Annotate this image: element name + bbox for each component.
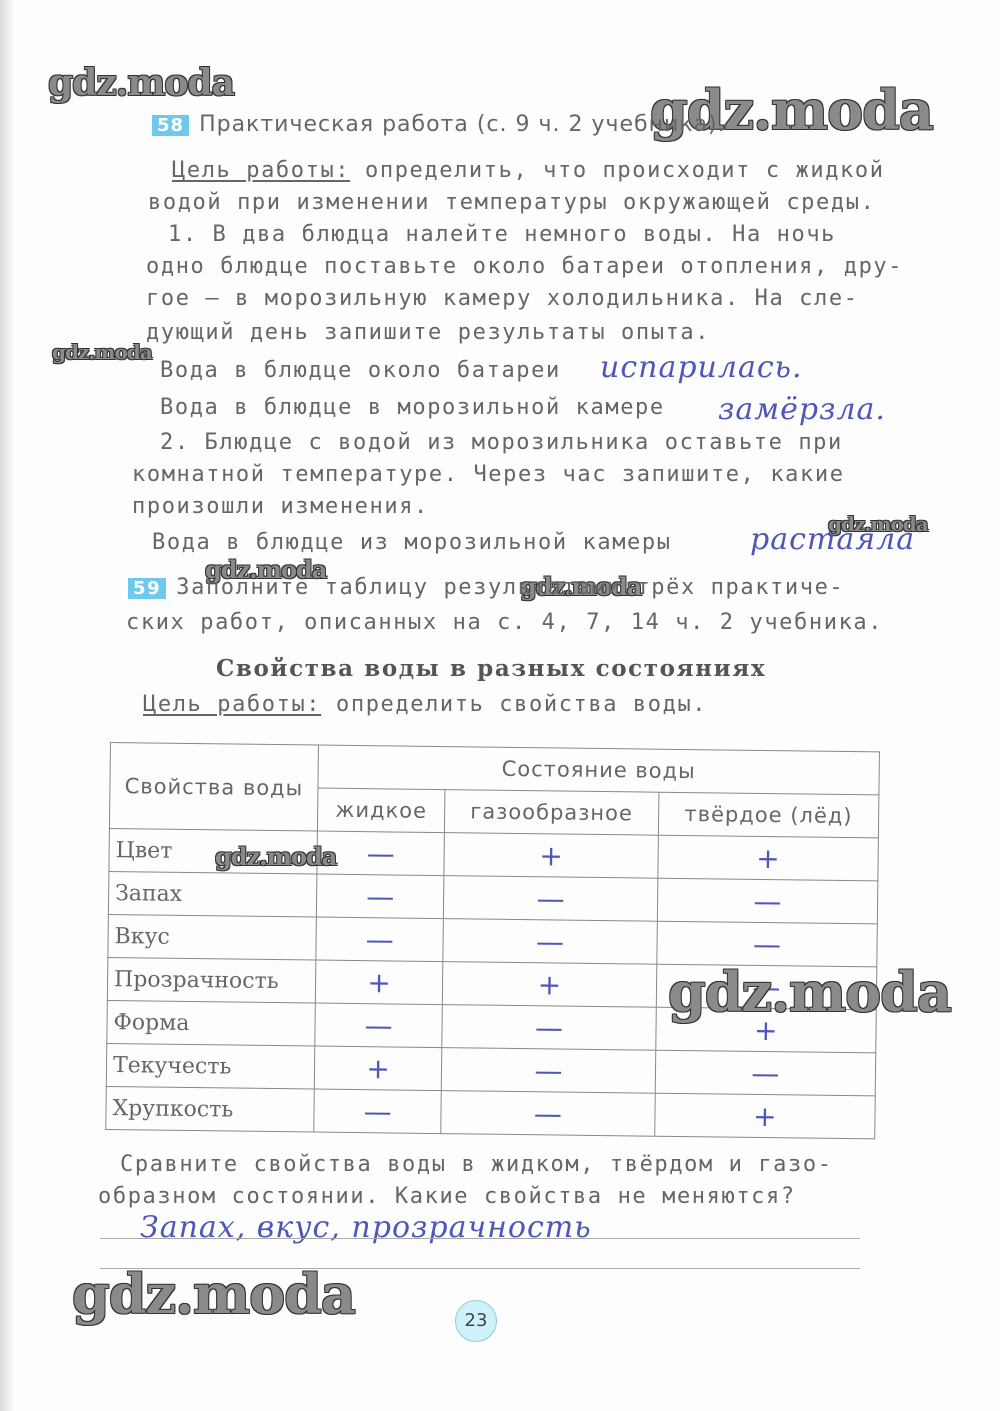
watermark: gdz.moda <box>215 842 336 871</box>
task-number-badge: 58 <box>152 115 189 136</box>
question-line: образном состоянии. Какие свойства не ме… <box>98 1184 796 1209</box>
page-edge <box>0 0 14 1411</box>
handwritten-answer: Запах, вкус, прозрачность <box>140 1210 592 1245</box>
handwritten-mark: — <box>316 874 444 919</box>
column-header: жидкое <box>317 788 445 833</box>
handwritten-mark: — <box>441 1048 655 1094</box>
handwritten-mark: + <box>658 835 879 881</box>
answer-line <box>100 1238 860 1239</box>
text-line: одно блюдце поставьте около батареи отоп… <box>146 254 903 279</box>
handwritten-mark: + <box>314 1046 442 1091</box>
question-3: Вода в блюдце из морозильной камеры <box>152 530 672 555</box>
task-58-goal: Цель работы: определить, что происходит … <box>172 158 885 183</box>
task-number-badge: 59 <box>128 578 166 599</box>
goal-label: Цель работы: <box>143 692 321 717</box>
watermark: gdz.moda <box>72 1262 355 1326</box>
watermark: gdz.moda <box>668 960 951 1024</box>
property-label: Хрупкость <box>106 1086 315 1132</box>
property-label: Текучесть <box>106 1043 315 1089</box>
page-number: 23 <box>455 1300 497 1342</box>
handwritten-mark: — <box>316 917 444 962</box>
text-line: 2. Блюдце с водой из морозильника оставь… <box>160 430 843 455</box>
task-58-title: Практическая работа (с. 9 ч. 2 учебника)… <box>199 112 726 137</box>
water-properties-table: Свойства воды Состояние воды жидкоегазоо… <box>105 742 880 1139</box>
handwritten-mark: + <box>315 960 443 1005</box>
table-title: Свойства воды в разных состояниях <box>216 655 766 682</box>
goal-text: определить, что происходит с жидкой <box>365 158 885 183</box>
property-label: Форма <box>107 1000 316 1046</box>
task-59-line-1: Заполните таблицу результатами трёх прак… <box>176 575 844 600</box>
text-line: водой при изменении температуры окружающ… <box>148 190 875 215</box>
handwritten-mark: — <box>443 919 657 965</box>
property-label: Запах <box>108 871 317 917</box>
goal-text: определить свойства воды. <box>336 692 707 717</box>
question-1: Вода в блюдце около батареи <box>160 358 561 383</box>
handwritten-mark: + <box>442 962 656 1008</box>
handwritten-mark: + <box>654 1093 875 1139</box>
watermark: gdz.moda <box>48 62 234 104</box>
property-label: Прозрачность <box>107 957 316 1003</box>
question-line: Сравните свойства воды в жидком, твёрдом… <box>120 1152 833 1177</box>
text-line: комнатной температуре. Через час запишит… <box>132 462 845 487</box>
question-2: Вода в блюдце в морозильной камере <box>160 395 665 420</box>
handwritten-mark: — <box>657 878 878 924</box>
table-row: Хрупкость——+ <box>106 1086 875 1138</box>
task-58-heading: 58Практическая работа (с. 9 ч. 2 учебник… <box>152 112 726 137</box>
handwritten-mark: — <box>314 1089 442 1134</box>
column-header: твёрдое (лёд) <box>658 792 879 838</box>
handwritten-answer-2: замёрзла. <box>718 392 886 427</box>
text-line: дующий день запишите результаты опыта. <box>146 320 710 345</box>
task-59-heading: 59Заполните таблицу результатами трёх пр… <box>128 575 844 600</box>
property-label: Вкус <box>108 914 317 960</box>
column-header: газообразное <box>445 790 659 836</box>
handwritten-mark: — <box>441 1091 655 1137</box>
header-property: Свойства воды <box>109 743 318 832</box>
handwritten-mark: — <box>315 1003 443 1048</box>
text-line: гое – в морозильную камеру холодильника.… <box>146 286 859 311</box>
handwritten-mark: — <box>442 1005 656 1051</box>
text-line: 1. В два блюдца налейте немного воды. На… <box>168 222 836 247</box>
answer-line <box>100 1268 860 1269</box>
header-state: Состояние воды <box>318 745 879 795</box>
text-line: ских работ, описанных на с. 4, 7, 14 ч. … <box>126 610 883 635</box>
handwritten-answer-1: испарилась. <box>600 350 803 385</box>
goal-label: Цель работы: <box>172 158 350 183</box>
text-line: произошли изменения. <box>132 494 429 519</box>
handwritten-mark: — <box>655 1050 876 1096</box>
watermark: gdz.moda <box>52 340 152 364</box>
handwritten-answer-3: растаяла <box>750 522 915 557</box>
task-59-goal: Цель работы: определить свойства воды. <box>143 692 707 717</box>
handwritten-mark: — <box>444 876 658 922</box>
handwritten-mark: + <box>444 833 658 879</box>
